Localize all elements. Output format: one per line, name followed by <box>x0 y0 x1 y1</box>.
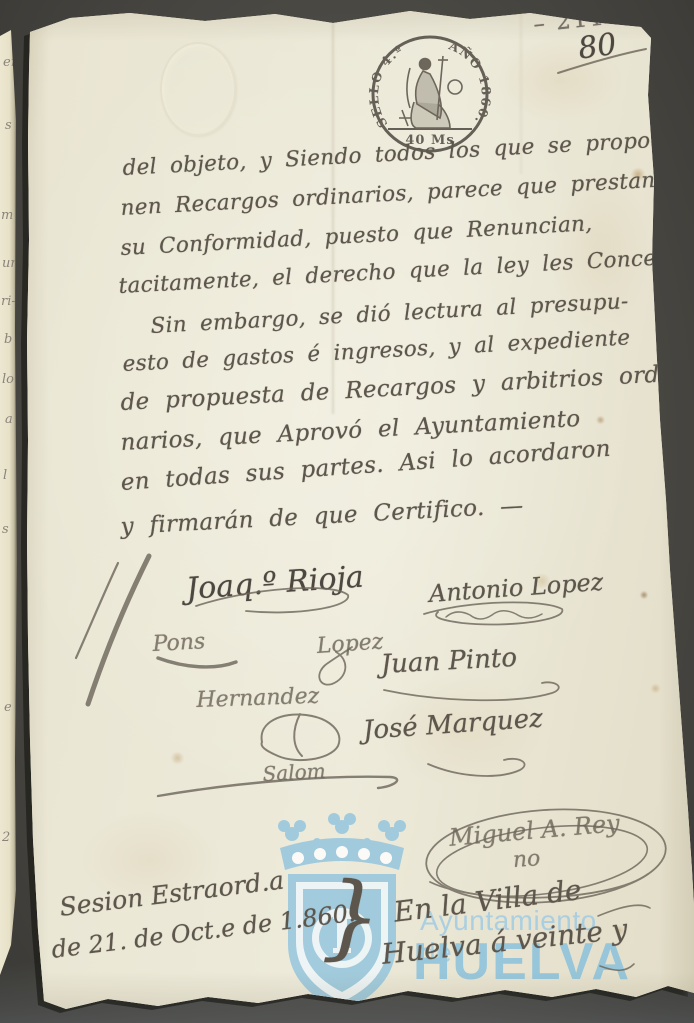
foxing-spot <box>170 752 185 764</box>
foxing-spot <box>648 84 660 94</box>
signature-jose-marquez: José Marquez <box>362 703 544 745</box>
signature-hernandez: Hernandez <box>196 684 320 713</box>
signature-antonio-lopez: Antonio Lopez <box>428 568 604 608</box>
foxing-spot <box>640 591 648 599</box>
svg-text:AÑO 1860.: AÑO 1860. <box>446 37 494 127</box>
signature-miguel-rey-2: no <box>512 846 541 873</box>
signature-joaquin-rioja: Joaq.º Rioja <box>185 560 365 607</box>
edge-text-fragment: ri- <box>1 294 16 309</box>
stamp-arc-left: SELLO 4.º <box>366 42 406 131</box>
edge-text-fragment: s <box>5 118 12 133</box>
margin-brace: } <box>321 870 383 964</box>
signature-pons: Pons <box>152 629 206 657</box>
svg-text:SELLO 4.º: SELLO 4.º <box>366 42 406 131</box>
edge-text-fragment: m <box>1 208 13 223</box>
edge-text-fragment: s <box>2 522 9 537</box>
edge-text-fragment: b <box>4 332 12 347</box>
edge-text-fragment: e <box>4 700 12 715</box>
signature-salom: Salom <box>262 759 326 786</box>
folio-number-ink: 80 <box>576 27 619 67</box>
stamp-allegory-figure-icon <box>399 56 462 128</box>
previous-page-edge: er s m um ri- b lo a l s e 2 <box>0 0 17 1023</box>
edge-text-fragment: l <box>3 468 7 483</box>
foxing-spot <box>650 684 661 693</box>
edge-text-fragment: a <box>5 412 13 427</box>
edge-text-fragment: lo <box>2 372 14 387</box>
embossed-dry-seal-icon <box>160 42 236 136</box>
manuscript-page: Ayuntamiento de HUELVA SELLO 4.º AÑO 186… <box>0 0 694 1023</box>
edge-text-fragment: um <box>2 256 23 271</box>
signature-juan-pinto: Juan Pinto <box>380 643 518 680</box>
scanned-document-photo: er s m um ri- b lo a l s e 2 <box>0 0 694 1023</box>
foxing-spot <box>596 416 605 424</box>
manuscript-line-10: y firmarán de que Certifico. — <box>120 493 524 540</box>
edge-text-fragment: er <box>3 55 17 70</box>
signature-lopez: Lopez <box>316 629 384 659</box>
edge-text-fragment: 2 <box>2 830 10 845</box>
stamp-arc-right: AÑO 1860. <box>446 37 494 127</box>
